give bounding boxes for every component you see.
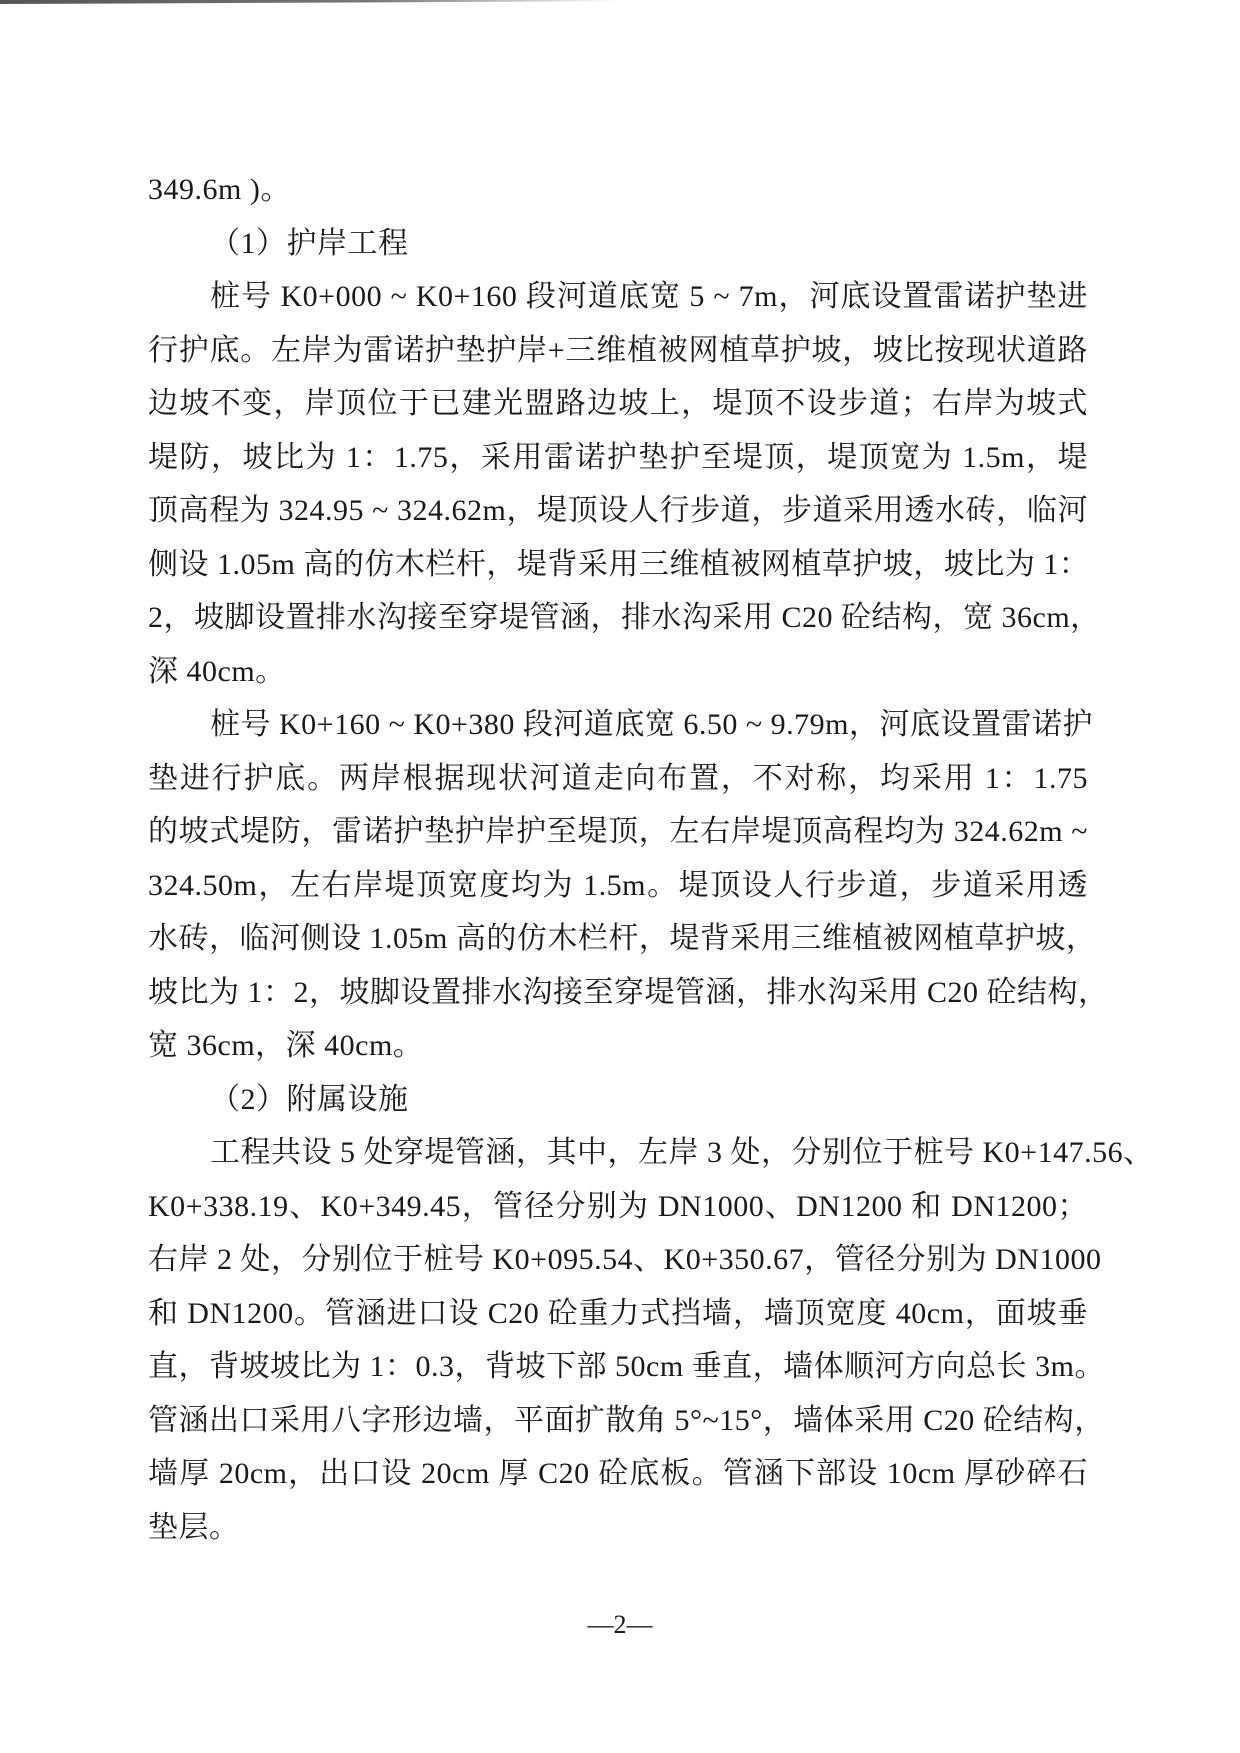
text-line-20: K0+338.19、K0+349.45，管径分别为 DN1000、DN1200 …: [148, 1180, 1088, 1234]
line-text: 的坡式堤防，雷诺护垫护岸护至堤顶，左右岸堤顶高程均为 324.62m ~: [148, 805, 1088, 859]
line-text: 行护底。左岸为雷诺护垫护岸+三维植被网植草护坡，坡比按现状道路: [148, 324, 1088, 378]
line-text: 垫层。: [148, 1511, 240, 1544]
text-line-3: 桩号 K0+000 ~ K0+160 段河道底宽 5 ~ 7m，河底设置雷诺护垫…: [148, 270, 1088, 324]
text-line-13: 的坡式堤防，雷诺护垫护岸护至堤顶，左右岸堤顶高程均为 324.62m ~: [148, 805, 1088, 859]
text-line-23: 直，背坡坡比为 1：0.3，背坡下部 50cm 垂直，墙体顺河方向总长 3m。: [148, 1340, 1088, 1394]
line-text: 边坡不变，岸顶位于已建光盟路边坡上，堤顶不设步道；右岸为坡式: [148, 377, 1088, 431]
line-text: 桩号 K0+160 ~ K0+380 段河道底宽 6.50 ~ 9.79m，河底…: [210, 698, 1088, 752]
text-line-19: 工程共设 5 处穿堤管涵，其中，左岸 3 处，分别位于桩号 K0+147.56、: [148, 1126, 1088, 1180]
line-text: 侧设 1.05m 高的仿木栏杆，堤背采用三维植被网植草护坡，坡比为 1：: [148, 538, 1088, 592]
text-line-26: 垫层。: [148, 1501, 1088, 1555]
line-text: 坡比为 1：2，坡脚设置排水沟接至穿堤管涵，排水沟采用 C20 砼结构，: [148, 966, 1088, 1020]
line-text: 管涵出口采用八字形边墙，平面扩散角 5°~15°，墙体采用 C20 砼结构，: [148, 1394, 1088, 1448]
line-text: 直，背坡坡比为 1：0.3，背坡下部 50cm 垂直，墙体顺河方向总长 3m。: [148, 1340, 1088, 1394]
text-line-25: 墙厚 20cm，出口设 20cm 厚 C20 砼底板。管涵下部设 10cm 厚砂…: [148, 1447, 1088, 1501]
line-text: K0+338.19、K0+349.45，管径分别为 DN1000、DN1200 …: [148, 1180, 1088, 1234]
line-text: 和 DN1200。管涵进口设 C20 砼重力式挡墙，墙顶宽度 40cm，面坡垂: [148, 1287, 1088, 1341]
text-line-15: 水砖，临河侧设 1.05m 高的仿木栏杆，堤背采用三维植被网植草护坡，: [148, 912, 1088, 966]
line-text: 顶高程为 324.95 ~ 324.62m，堤顶设人行步道，步道采用透水砖，临河: [148, 484, 1088, 538]
text-line-14: 324.50m，左右岸堤顶宽度均为 1.5m。堤顶设人行步道，步道采用透: [148, 859, 1088, 913]
text-line-8: 侧设 1.05m 高的仿木栏杆，堤背采用三维植被网植草护坡，坡比为 1：: [148, 538, 1088, 592]
line-text: 工程共设 5 处穿堤管涵，其中，左岸 3 处，分别位于桩号 K0+147.56、: [210, 1126, 1088, 1180]
text-line-10: 深 40cm。: [148, 645, 1088, 699]
line-text: 堤防，坡比为 1：1.75，采用雷诺护垫护至堤顶，堤顶宽为 1.5m，堤: [148, 431, 1088, 485]
line-text: 2，坡脚设置排水沟接至穿堤管涵，排水沟采用 C20 砼结构，宽 36cm，: [148, 591, 1088, 645]
section-heading-revetment: （1）护岸工程: [148, 217, 1088, 271]
line-text: 水砖，临河侧设 1.05m 高的仿木栏杆，堤背采用三维植被网植草护坡，: [148, 912, 1088, 966]
text-line-1: 349.6m )。: [148, 163, 1088, 217]
text-line-4: 行护底。左岸为雷诺护垫护岸+三维植被网植草护坡，坡比按现状道路: [148, 324, 1088, 378]
text-line-6: 堤防，坡比为 1：1.75，采用雷诺护垫护至堤顶，堤顶宽为 1.5m，堤: [148, 431, 1088, 485]
text-line-21: 右岸 2 处，分别位于桩号 K0+095.54、K0+350.67，管径分别为 …: [148, 1233, 1088, 1287]
text-line-22: 和 DN1200。管涵进口设 C20 砼重力式挡墙，墙顶宽度 40cm，面坡垂: [148, 1287, 1088, 1341]
line-text: 右岸 2 处，分别位于桩号 K0+095.54、K0+350.67，管径分别为 …: [148, 1233, 1088, 1287]
text-line-12: 垫进行护底。两岸根据现状河道走向布置，不对称，均采用 1：1.75: [148, 752, 1088, 806]
text-line-9: 2，坡脚设置排水沟接至穿堤管涵，排水沟采用 C20 砼结构，宽 36cm，: [148, 591, 1088, 645]
text-line-17: 宽 36cm，深 40cm。: [148, 1019, 1088, 1073]
line-text: 深 40cm。: [148, 655, 286, 688]
text-line-11: 桩号 K0+160 ~ K0+380 段河道底宽 6.50 ~ 9.79m，河底…: [148, 698, 1088, 752]
line-text: 桩号 K0+000 ~ K0+160 段河道底宽 5 ~ 7m，河底设置雷诺护垫…: [210, 270, 1088, 324]
text-line-16: 坡比为 1：2，坡脚设置排水沟接至穿堤管涵，排水沟采用 C20 砼结构，: [148, 966, 1088, 1020]
scan-edge-line: [0, 0, 620, 4]
page-number: —2—: [0, 1610, 1240, 1640]
heading-text: （2）附属设施: [210, 1083, 409, 1116]
document-body: 349.6m )。 （1）护岸工程 桩号 K0+000 ~ K0+160 段河道…: [148, 163, 1088, 1554]
text-line-24: 管涵出口采用八字形边墙，平面扩散角 5°~15°，墙体采用 C20 砼结构，: [148, 1394, 1088, 1448]
heading-text: （1）护岸工程: [210, 227, 409, 260]
line-text: 宽 36cm，深 40cm。: [148, 1029, 423, 1062]
line-text: 349.6m )。: [148, 173, 291, 206]
text-line-5: 边坡不变，岸顶位于已建光盟路边坡上，堤顶不设步道；右岸为坡式: [148, 377, 1088, 431]
section-heading-ancillary: （2）附属设施: [148, 1073, 1088, 1127]
line-text: 墙厚 20cm，出口设 20cm 厚 C20 砼底板。管涵下部设 10cm 厚砂…: [148, 1447, 1088, 1501]
line-text: 垫进行护底。两岸根据现状河道走向布置，不对称，均采用 1：1.75: [148, 752, 1088, 806]
line-text: 324.50m，左右岸堤顶宽度均为 1.5m。堤顶设人行步道，步道采用透: [148, 859, 1088, 913]
text-line-7: 顶高程为 324.95 ~ 324.62m，堤顶设人行步道，步道采用透水砖，临河: [148, 484, 1088, 538]
